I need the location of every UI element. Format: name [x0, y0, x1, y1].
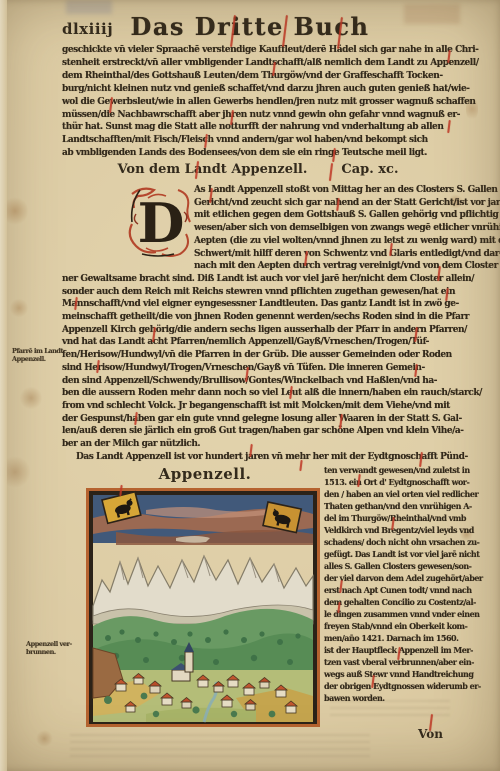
text-line: tzen vast vberal verbrunnen/aber ein-: [324, 656, 460, 668]
margin-note-parishes: Pfarrē im LandtAppenzell.: [12, 348, 68, 363]
text-line: ner Gewaltsame bracht sind. Diß Landt is…: [62, 273, 462, 286]
text-line: Thaten gethan/vnd den vnrühigen A-: [324, 500, 460, 512]
text-line: Landtschafften/mit Fisch/Fleisch vnnd an…: [62, 134, 462, 147]
text-line: wol die Gewerbsleut/wie in allen Gewerbs…: [62, 96, 462, 109]
text-line: len/auß deren sie järlich ein groß Gut t…: [62, 425, 462, 438]
text-line: alles S. Gallen Closters gewesen/son-: [324, 560, 460, 572]
paragraph3-first-line: Das Landt Appenzell ist vor hundert jare…: [62, 451, 462, 464]
text-line: meinschafft getheilt/die von jhnen Roden…: [62, 311, 462, 324]
foxing-spot: [10, 298, 28, 318]
text-line: ist der Hauptfleck Appenzell im Mer-: [324, 644, 460, 656]
text-line: geschickte vn̄ vieler Spraachē verstendi…: [62, 44, 462, 57]
text-line: der obrigen Eydtgnossen widerumb er-: [324, 680, 460, 692]
text-line: le dingen zusammen vnnd vnder einen: [324, 608, 460, 620]
column-last-line: bawen worden.: [324, 692, 460, 704]
foxing-spot: [20, 386, 42, 410]
text-line: gefügt. Das Landt ist vor viel jarē nich…: [324, 548, 460, 560]
text-line: fen/Herisow/Hundwyl/vn̄ die Pfarren in d…: [62, 349, 462, 362]
text-line: der viel darvon dem Adel zugehört/aber: [324, 572, 460, 584]
text-line: den sind Appenzell/Schwendy/Brullisow/Go…: [62, 375, 462, 388]
text-line: erst nach Apt Cunen todt/ vnnd nach: [324, 584, 460, 596]
drop-cap-woodcut: D: [128, 184, 194, 259]
text-line: dem Rheinthal/des Gottshauß Leuten/dem T…: [62, 70, 462, 83]
text-line: der Gespunst/haben gar ein gute vnnd gel…: [62, 413, 462, 426]
chapter-heading: Von dem Landt Appenzell. Cap. xc.: [62, 162, 454, 177]
text-line: den / haben an viel orten viel redlicher: [324, 488, 460, 500]
text-line: Appenzell Kirch gehörig/die andern sechs…: [62, 324, 462, 337]
text-line: schadens/ doch nicht ohn vrsachen zu-: [324, 536, 460, 548]
text-line: vnd hat das Landt acht Pfarren/nemlich A…: [62, 336, 462, 349]
text-line: sind Herisow/Hundwyl/Trogen/Vrneschen/Ga…: [62, 362, 462, 375]
column-paragraph: ten verwandt gewesen/vnd zuletst in1513.…: [324, 464, 460, 704]
svg-text:D: D: [138, 191, 185, 255]
foxing-spot: [36, 730, 53, 747]
page-edge: [0, 0, 7, 771]
woodcut-caption: Appenzell.: [88, 465, 322, 483]
text-line: freyen Stab/vnnd ein Oberkeit kom-: [324, 620, 460, 632]
text-line: ten verwandt gewesen/vnd zuletst in: [324, 464, 460, 476]
text-line: sonder auch dem Reich mit Reichs stewren…: [62, 286, 462, 299]
text-line: Mannschafft/vnd viel eigner eyngesessner…: [62, 298, 462, 311]
running-title: Das Dritte Buch: [0, 12, 500, 41]
text-line: stenheit erstreckt/vn̄ aller vmbligender…: [62, 57, 462, 70]
chapter-body-full-lines: nach mit den Aepten durch vertrag verein…: [62, 260, 462, 438]
chapter-number: Cap. xc.: [341, 162, 398, 177]
book-page-scan: dlxiiij Das Dritte Buch geschickte vn̄ v…: [0, 0, 500, 771]
chapter-body: D As Landt Appenzell stoßt von Mittag he…: [62, 184, 462, 451]
text-line: Appenzell.: [12, 356, 68, 364]
text-line: ben die aussern Roden mehr dann noch so …: [62, 387, 462, 400]
text-line: men/an̄o 1421. Darnach im 1560.: [324, 632, 460, 644]
chapter-heading-title: Von dem Landt Appenzell.: [118, 162, 308, 177]
margin-note-fire: Appenzell ver-brunnen.: [26, 641, 84, 656]
drop-cap-initial: D: [62, 184, 194, 261]
text-line: wegs auß Stewr vnnd Handtreichung: [324, 668, 460, 680]
appenzell-woodcut: [86, 488, 320, 727]
text-line: from vnd schlecht Volck. Jr begangenscha…: [62, 400, 462, 413]
intro-paragraph: geschickte vn̄ vieler Spraachē verstendi…: [62, 44, 462, 160]
text-line: 1513. ein Ort d' Eydtgnoschafft wor-: [324, 476, 460, 488]
chapter-body-last-line: ber an der Milch gar nützlich.: [62, 438, 462, 451]
woodcut-landscape: [86, 488, 320, 727]
text-line: burg/nicht kleinen nutz vnd genieß schaf…: [62, 83, 462, 96]
column-lines: ten verwandt gewesen/vnd zuletst in1513.…: [324, 464, 460, 692]
text-line: müssen/die Nachbawrschafft aber jhren nu…: [62, 109, 462, 122]
bleed-through-text: [70, 734, 370, 758]
text-line: ab vmbligenden Lands des Bodensees/von d…: [62, 147, 462, 160]
text-line: brunnen.: [26, 649, 84, 657]
text-line: dem gehalten Concilio zu Costentz/al-: [324, 596, 460, 608]
text-line: nach mit den Aepten durch vertrag verein…: [62, 260, 462, 273]
text-line: thür hat. Sunst mag die Statt alle nottu…: [62, 121, 462, 134]
